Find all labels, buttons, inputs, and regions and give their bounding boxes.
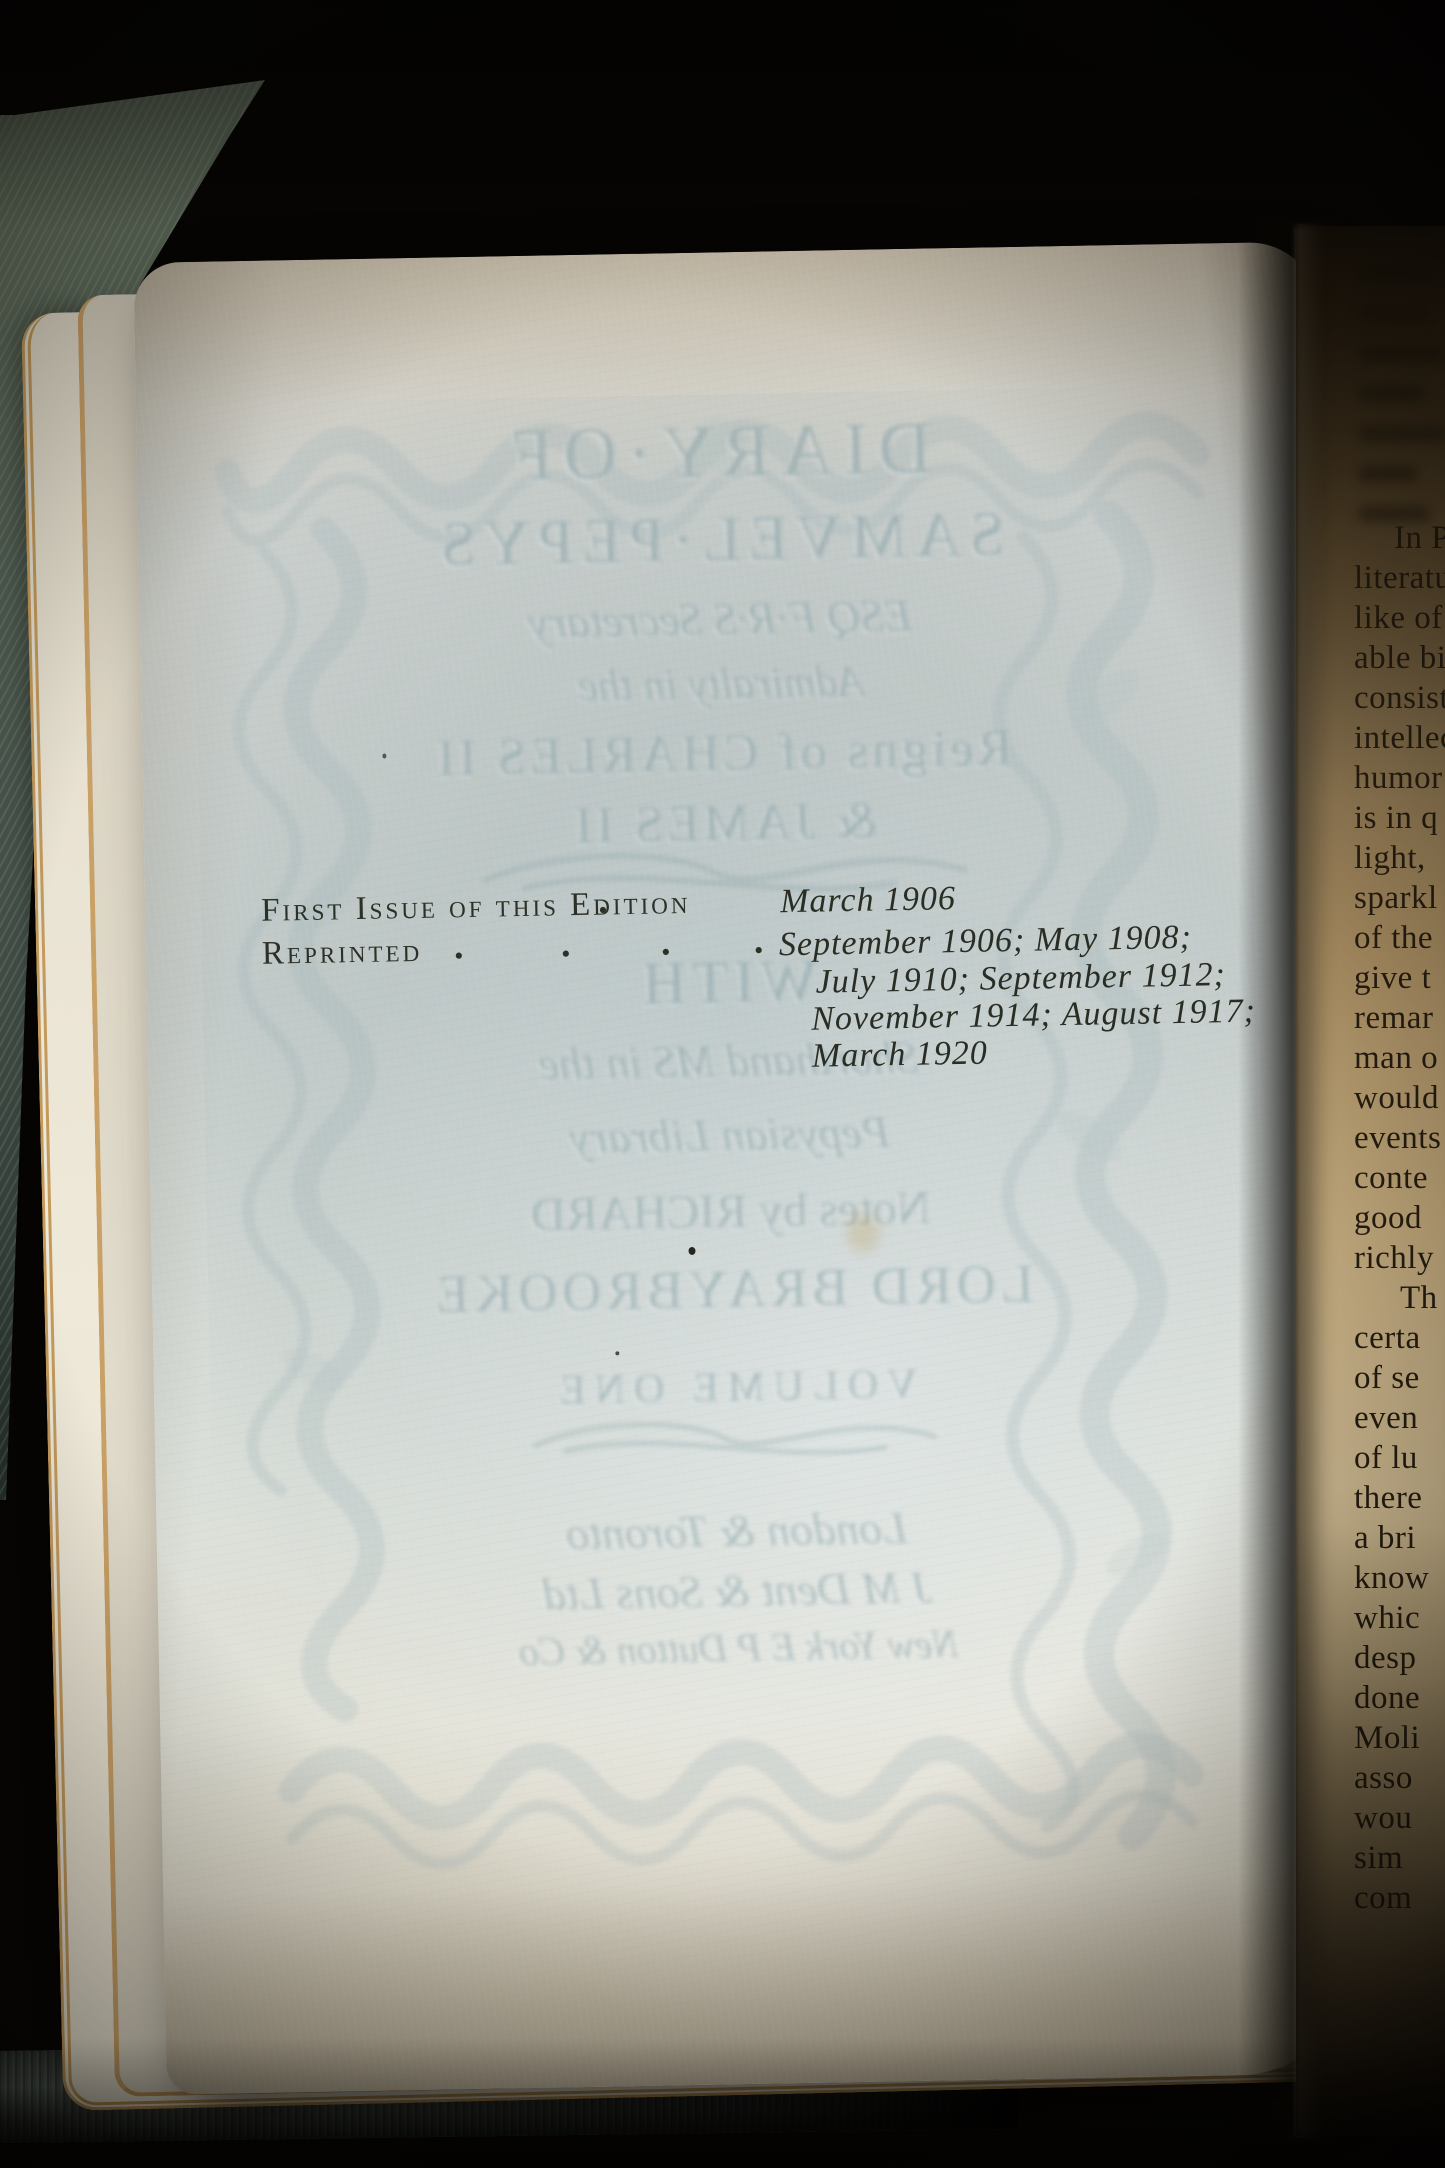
next-page-text-line: light,: [1354, 838, 1445, 878]
first-issue-row: First Issue of this Edition . March 1906: [261, 885, 691, 930]
ink-speck: [688, 1247, 695, 1255]
next-page-text-line: events: [1354, 1118, 1445, 1158]
reprinted-row: Reprinted .... September 1906; May 1908;: [262, 933, 423, 973]
next-page-text-line: com: [1354, 1878, 1445, 1918]
next-page-text-line: wou: [1354, 1798, 1445, 1838]
leader-dot: .: [598, 878, 608, 922]
page-edge-highlight: [1296, 226, 1324, 2136]
next-page-text-line: is in q: [1354, 798, 1445, 838]
illegible-text-smudge: [1358, 345, 1442, 362]
illegible-text-smudge: [1358, 265, 1436, 282]
printing-history-block: First Issue of this Edition . March 1906…: [261, 873, 1334, 1093]
next-page-text-line: of the: [1354, 918, 1445, 958]
next-page-text-line: Th: [1354, 1278, 1445, 1318]
next-page-text-line: desp: [1354, 1638, 1445, 1678]
next-page-text-line: man o: [1354, 1038, 1445, 1078]
next-page-text-line: certa: [1354, 1318, 1445, 1358]
next-page-text-line: of se: [1354, 1358, 1445, 1398]
next-page-text-line: like of: [1354, 598, 1445, 638]
next-page-text-line: sim: [1354, 1838, 1445, 1878]
paper-texture: [133, 241, 1351, 2094]
next-page-text-line: there: [1354, 1478, 1445, 1518]
next-page-text-column: In Pliteratulike ofable biconsistintelle…: [1354, 518, 1445, 1918]
leader-dot: .: [560, 922, 570, 966]
first-issue-date: March 1906: [780, 880, 957, 921]
next-page-text-line: remar: [1354, 998, 1445, 1038]
next-page-text-line: would: [1354, 1078, 1445, 1118]
next-page: In Pliteratulike ofable biconsistintelle…: [1296, 226, 1445, 2136]
illegible-text-smudge: [1358, 305, 1428, 322]
next-page-text-line: Moli: [1354, 1718, 1445, 1758]
leader-dot: .: [453, 924, 463, 968]
illegible-text-smudge: [1358, 425, 1445, 442]
next-page-text-line: good: [1354, 1198, 1445, 1238]
leader-dot: .: [660, 920, 670, 964]
next-page-text-line: consist: [1354, 678, 1445, 718]
next-page-text-line: literatu: [1354, 558, 1445, 598]
next-page-text-line: give t: [1354, 958, 1445, 998]
next-page-text-line: even: [1354, 1398, 1445, 1438]
reprint-date-line: November 1914; August 1917;: [811, 993, 1256, 1039]
next-page-text-line: sparkl: [1354, 878, 1445, 918]
next-page-text-line: richly: [1354, 1238, 1445, 1278]
next-page-text-line: humor: [1354, 758, 1445, 798]
ink-speck: [615, 1351, 619, 1355]
next-page-text-line: intellec: [1354, 718, 1445, 758]
next-page-text-line: conte: [1354, 1158, 1445, 1198]
illegible-text-smudge: [1358, 385, 1424, 402]
leader-dots: ....: [262, 926, 823, 976]
next-page-text-line: asso: [1354, 1758, 1445, 1798]
next-page-text-line: a bri: [1354, 1518, 1445, 1558]
first-issue-label: First Issue of this Edition: [261, 885, 691, 929]
next-page-text-line: whic: [1354, 1598, 1445, 1638]
next-page-text-line: able bi: [1354, 638, 1445, 678]
next-page-text-line: done: [1354, 1678, 1445, 1718]
next-page-text-line: In P: [1354, 518, 1445, 558]
imprint-page: DIARY·OFSAMVEL·PEPYSESQ F·R·S SecretaryA…: [133, 241, 1351, 2094]
book-photo: DIARY·OFSAMVEL·PEPYSESQ F·R·S SecretaryA…: [0, 0, 1445, 2168]
leader-dot: .: [753, 919, 763, 963]
illegible-text-smudge: [1358, 465, 1418, 482]
ink-speck: [382, 753, 386, 758]
next-page-text-line: of lu: [1354, 1438, 1445, 1478]
next-page-text-line: know: [1354, 1558, 1445, 1598]
reprint-date-line: March 1920: [812, 1034, 989, 1075]
